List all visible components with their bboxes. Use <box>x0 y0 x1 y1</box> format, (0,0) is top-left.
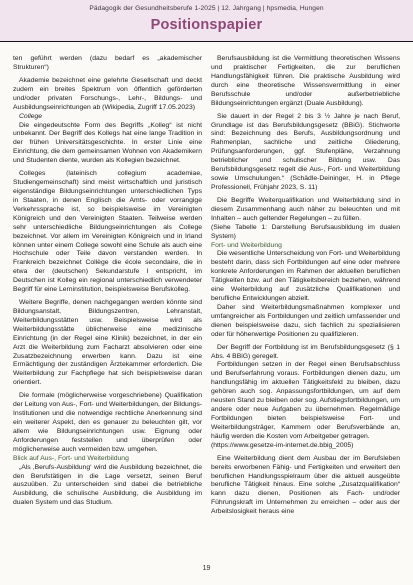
paragraph: Weitere Begriffe, denen nachgegangen wer… <box>13 299 202 388</box>
paragraph: Colleges (lateinisch collegium academiae… <box>13 170 202 295</box>
left-column: ten geführt werden (dazu bedarf es „akad… <box>13 55 202 517</box>
source-url-text: (https://www.gesetze-im-internet.de.bbig… <box>211 442 400 451</box>
two-column-body: ten geführt werden (dazu bedarf es „akad… <box>0 42 413 517</box>
paragraph: Berufsausbildung ist die Vermittlung the… <box>211 55 400 108</box>
paragraph: Sie dauert in der Regel 2 bis 3 ½ Jahre … <box>211 113 400 193</box>
page-number: 19 <box>0 565 413 572</box>
paragraph: Daher sind Weiterbildungsmaßnahmen kompl… <box>211 304 400 340</box>
journal-info-line: Pädagogik der Gesundheitsberufe 1-2025 |… <box>0 4 413 13</box>
paragraph: Eine Weiterbildung dient dem Ausbau der … <box>211 455 400 517</box>
subheading-college: College <box>13 113 202 122</box>
paragraph: Fortbildungen setzen in der Regel einen … <box>211 361 400 441</box>
paragraph: Die wesentliche Unterscheidung von Fort-… <box>211 250 400 303</box>
paragraph: Akademie bezeichnet eine gelehrte Gesell… <box>13 77 202 113</box>
paragraph: Die eingedeutschte Form des Begriffs „Ko… <box>13 122 202 167</box>
page-header-band: Pädagogik der Gesundheitsberufe 1-2025 |… <box>0 0 413 42</box>
paragraph: Der Begriff der Fortbildung ist im Beruf… <box>211 344 400 362</box>
paragraph: „Als ‚Berufs-Ausbildung‘ wird die Ausbil… <box>13 464 202 509</box>
paragraph: Die Begriffe Weiterqualifikation und Wei… <box>211 197 400 224</box>
journal-page: Pädagogik der Gesundheitsberufe 1-2025 |… <box>0 0 413 585</box>
section-heading: Fort- und Weiterbildung <box>211 242 400 251</box>
table-reference-note: (Siehe Tabelle 1: Darstellung Berufsausb… <box>211 224 400 242</box>
page-title: Positionspapier <box>0 16 413 35</box>
paragraph: ten geführt werden (dazu bedarf es „akad… <box>13 55 202 73</box>
section-heading: Blick auf Aus-, Fort- und Weiterbildung <box>13 455 202 464</box>
paragraph: Die formale (möglicherweise vorgeschrieb… <box>13 392 202 454</box>
right-column: Berufsausbildung ist die Vermittlung the… <box>211 55 400 517</box>
